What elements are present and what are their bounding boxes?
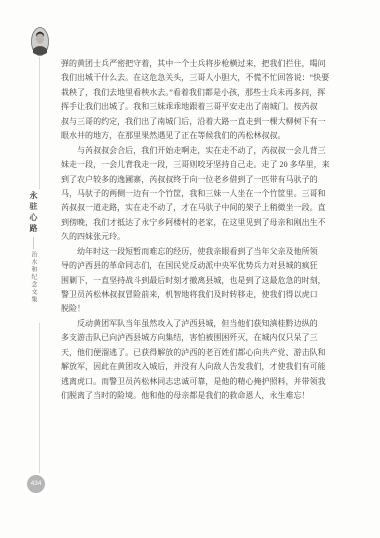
text-line: 叔与三哥的约定，我们出了南城门后，沿着大路一直走到一棵大柳树下有一: [61, 115, 329, 129]
body-text-block: 弹的黄团士兵严密把守着，其中一个士兵将步枪横过来，把我们拦住，喝问 我们出城干什…: [61, 57, 329, 404]
text-line: 警卫员芮松林叔叔冒险前来，机智地将我们及时转移走，使我们得以虎口: [61, 288, 329, 302]
text-line: 久的四妹张元玲。: [61, 230, 329, 244]
text-line: 天，他们便溜逃了。已获得解放的泸西的老百姓们都心向共产党、游击队和: [61, 346, 329, 360]
book-title-main: 永驻心路: [29, 191, 38, 235]
book-title-separator: ——: [30, 237, 36, 249]
text-line: 眼水井的地方，在那里果然遇见了正在等候我们的芮松林叔叔。: [61, 129, 329, 143]
text-line: 解放军，因此在黄团攻入城后，并没有人向敌人告发我们，才使我们有可能: [61, 360, 329, 374]
text-line: 们脱离了当时的险境。他和他的母亲都是我们的救命恩人，永生难忘！: [61, 389, 329, 403]
text-line: 幼年时这一段短暂而难忘的经历，使我亲眼看到了当年父亲及他所领: [61, 245, 329, 259]
text-line: 导的泸西县的革命同志们，在国民党反动派中央军优势兵力对县城的疯狂: [61, 259, 329, 273]
text-line: 弹的黄团士兵严密把守着，其中一个士兵将步枪横过来，把我们拦住，喝问: [61, 57, 329, 71]
book-title-subtitle: 治水和纪念文集: [30, 251, 36, 304]
text-line: 反动黄团军队当年虽然攻入了泸西县城，但当他们获知滇桂黔边纵的: [61, 317, 329, 331]
text-line: 我们出城干什么去。在这危急关头，三哥人小胆大，不慌不忙回答说：“快要: [61, 71, 329, 85]
book-spine-title: 永驻心路——治水和纪念文集: [24, 189, 42, 323]
text-line: 脱险！: [61, 302, 329, 316]
text-line: 逃离虎口。而警卫员芮松林同志忠诚可靠，是他的精心掩护照料，并带领我: [61, 375, 329, 389]
text-line: 妹走一段，一会儿背我走一段，三哥则咬牙坚持自己走。走了 20 多华里，来: [61, 158, 329, 172]
text-line: 马，马驮子的两侧一边有一个竹筐，我和三妹一人坐在一个竹筐里。三哥和: [61, 187, 329, 201]
text-line: 到了农户较多的逸圃寨，芮叔叔终于向一位老乡借到了一匹带有马驮子的: [61, 173, 329, 187]
book-page: 永驻心路——治水和纪念文集 434 弹的黄团士兵严密把守着，其中一个士兵将步枪横…: [0, 0, 380, 538]
page-number-badge: 434: [27, 475, 45, 493]
text-line: 芮叔叔一道走路，实在走不动了，才在马驮子中间的架子上稍微坐一段。直: [61, 201, 329, 215]
text-line: 到傍晚，我们才抵达了永宁乡阿楼村的老家，在这里见到了母亲和刚出生不: [61, 216, 329, 230]
author-portrait-photo: [31, 27, 49, 56]
text-line: 围剿下，一直坚持战斗到最后时刻才撤离县城，也是到了这最危急的时刻，: [61, 274, 329, 288]
text-line: 多支游击队已向泸西县城方向集结，害怕被围困歼灭，在城内仅只呆了三: [61, 331, 329, 345]
text-line: 栽秧了，我们去地里看秧水去。”看着我们都是小孩，那些士兵未再多问，挥: [61, 86, 329, 100]
text-line: 与芮叔叔会合后，我们开始走啊走，实在走不动了，芮叔叔一会儿背三: [61, 144, 329, 158]
text-line: 挥手让我们出城了。我和三妹乖乖地跟着三哥平安走出了南城门。按芮叔: [61, 100, 329, 114]
